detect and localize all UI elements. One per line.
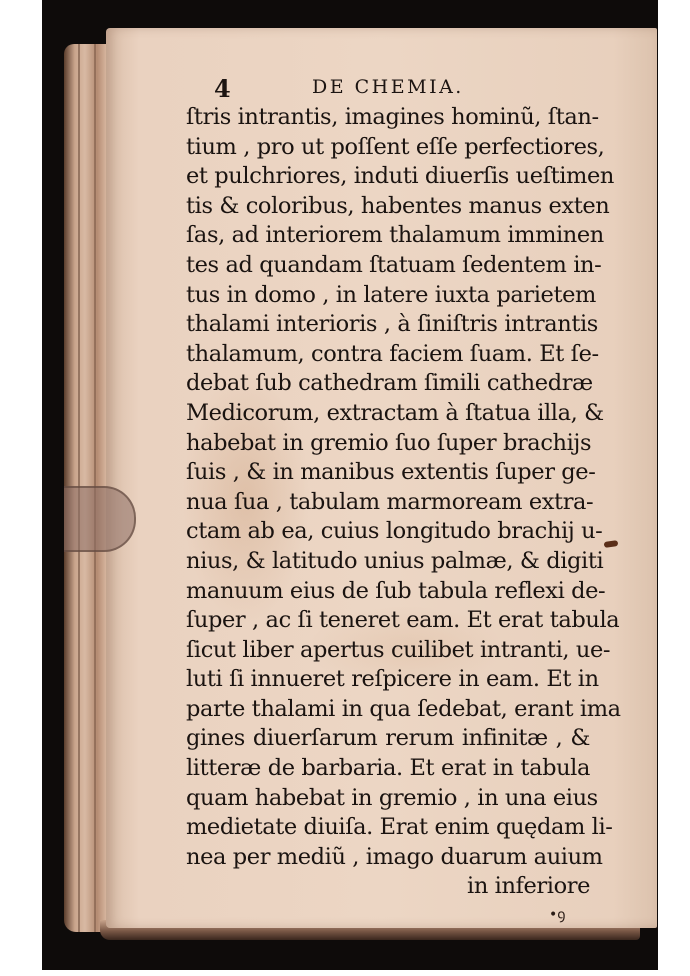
text-line: et pulchriores, induti diuerſis ueſtimen: [186, 162, 590, 192]
text-line: ſas, ad interiorem thalamum imminen: [186, 221, 590, 251]
text-line: parte thalami in qua ſedebat, erant ima: [186, 695, 590, 725]
text-line: tis & coloribus, habentes manus exten: [186, 192, 590, 222]
catchword: in inferiore: [186, 872, 590, 902]
text-line: ſuper , ac ſi teneret eam. Et erat tabul…: [186, 606, 590, 636]
text-line: tus in domo , in latere iuxta parietem: [186, 281, 590, 311]
running-head: 4 DE CHEMIA.: [214, 74, 474, 104]
text-line: litteræ de barbaria. Et erat in tabula: [186, 754, 590, 784]
text-line: gines diuerſarum rerum infinitæ , &: [186, 724, 590, 754]
text-line: debat ſub cathedram ſimili cathedræ: [186, 369, 590, 399]
text-line: ctam ab ea, cuius longitudo brachij u-: [186, 517, 590, 547]
text-line: manuum eius de ſub tabula reflexi de-: [186, 577, 590, 607]
text-line: ſuis , & in manibus extentis ſuper ge-: [186, 458, 590, 488]
text-line: nea per mediũ , imago duarum auium: [186, 843, 590, 873]
text-line: tium , pro ut poſſent eſſe perfectiores,: [186, 133, 590, 163]
text-line: tes ad quandam ſtatuam ſedentem in-: [186, 251, 590, 281]
page-clip-tab: [64, 486, 136, 552]
text-line: quam habebat in gremio , in una eius: [186, 784, 590, 814]
text-line: thalamum, contra faciem ſuam. Et ſe-: [186, 340, 590, 370]
body-text: ſtris intrantis, imagines hominũ, ſtan- …: [186, 103, 590, 902]
printer-signature-mark: •ꝯ: [549, 905, 565, 924]
text-line: habebat in gremio ſuo ſuper brachijs: [186, 429, 590, 459]
text-line: medietate diuiſa. Erat enim quędam li-: [186, 813, 590, 843]
text-line: luti ſi innueret reſpicere in eam. Et in: [186, 665, 590, 695]
text-line: thalami interioris , à ſiniſtris intrant…: [186, 310, 590, 340]
text-line: ſtris intrantis, imagines hominũ, ſtan-: [186, 103, 590, 133]
text-line: nius, & latitudo unius palmæ, & digiti: [186, 547, 590, 577]
page-number: 4: [214, 74, 231, 103]
text-line: Medicorum, extractam à ſtatua illa, &: [186, 399, 590, 429]
running-head-title: DE CHEMIA.: [312, 76, 464, 98]
text-line: ſicut liber apertus cuilibet intranti, u…: [186, 636, 590, 666]
text-line: nua ſua , tabulam marmoream extra-: [186, 488, 590, 518]
